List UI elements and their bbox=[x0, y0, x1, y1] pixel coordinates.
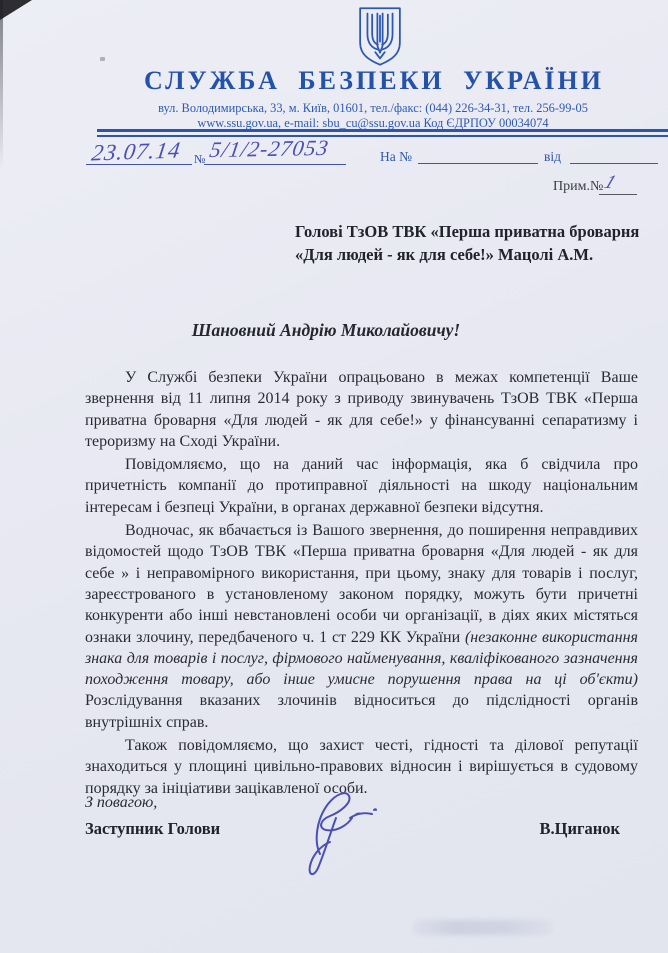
body-paragraph: Повідомляємо, що на даний час інформація… bbox=[85, 454, 638, 518]
ukraine-trident-icon bbox=[357, 6, 403, 67]
incoming-date-blank bbox=[570, 163, 658, 164]
signer-name: В.Циганок bbox=[540, 819, 620, 839]
body-paragraph: У Службі безпеки України опрацьовано в м… bbox=[85, 367, 638, 452]
body-paragraph: Водночас, як вбачається із Вашого зверне… bbox=[85, 520, 638, 733]
org-address-line: вул. Володимирська, 33, м. Київ, 01601, … bbox=[78, 101, 668, 116]
handwritten-outgoing-date: 23.07.14 bbox=[90, 137, 183, 166]
handwritten-signature-icon bbox=[286, 784, 386, 882]
scan-speck bbox=[100, 57, 105, 61]
letterhead-divider bbox=[97, 129, 668, 137]
addressee-line: Голові ТзОВ ТВК «Перша приватна броварня bbox=[295, 220, 660, 243]
incoming-number-blank bbox=[418, 163, 538, 164]
scan-corner-shadow bbox=[0, 0, 32, 20]
signer-position: Заступник Голови bbox=[85, 819, 220, 839]
closing-regards: З повагою, bbox=[85, 794, 157, 812]
date-underline bbox=[86, 164, 192, 165]
incoming-date-label: від bbox=[544, 149, 561, 165]
addressee-block: Голові ТзОВ ТВК «Перша приватна броварня… bbox=[295, 220, 660, 266]
org-name: СЛУЖБА БЕЗПЕКИ УКРАЇНИ bbox=[80, 66, 668, 96]
number-underline bbox=[204, 164, 346, 165]
body-text: Розслідування вказаних злочинів відносит… bbox=[85, 692, 638, 730]
salutation: Шановний Андрію Миколайовичу! bbox=[0, 320, 652, 341]
copy-number-label: Прим.№ bbox=[553, 179, 603, 195]
scan-edge-shadow bbox=[0, 0, 3, 170]
addressee-line: «Для людей - як для себе!» Мацолі А.М. bbox=[295, 243, 660, 266]
body-text: Водночас, як вбачається із Вашого зверне… bbox=[85, 522, 638, 645]
scanned-letter-page: СЛУЖБА БЕЗПЕКИ УКРАЇНИ вул. Володимирськ… bbox=[0, 0, 668, 953]
copy-number-underline bbox=[599, 194, 637, 195]
bleed-through-artifact bbox=[413, 920, 553, 935]
letter-body: У Службі безпеки України опрацьовано в м… bbox=[85, 367, 638, 801]
incoming-number-label: На № bbox=[380, 149, 412, 165]
handwritten-outgoing-number: 5/1/2-27053 bbox=[208, 135, 331, 163]
